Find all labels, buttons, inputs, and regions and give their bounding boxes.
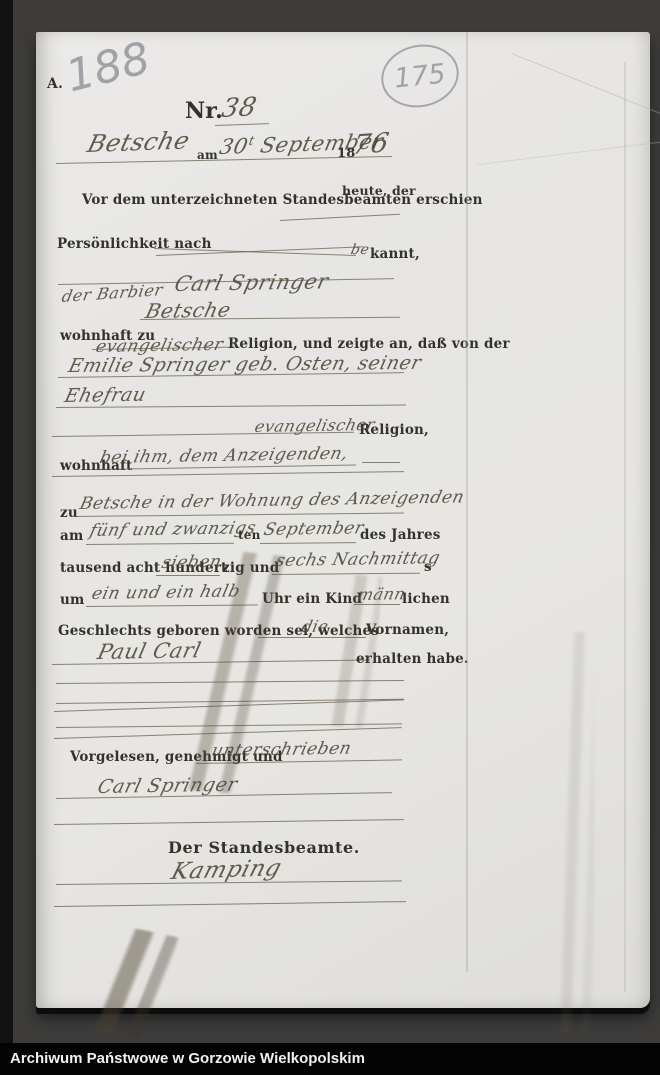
ruled-line — [54, 819, 404, 825]
archive-footer-bar: Archiwum Państwowe w Gorzowie Wielkopols… — [0, 1043, 660, 1075]
pencil-archival-number: 188 — [61, 33, 155, 103]
be-handwritten: be — [349, 242, 371, 258]
ten-label: ten — [238, 528, 261, 542]
year-unit-handwritten: sechs Nachmittag — [274, 548, 442, 571]
religion1-label: Religion, und zeigte an, daß von der — [228, 336, 510, 352]
gender-handwritten: männ — [356, 584, 408, 604]
ruled-line — [156, 575, 220, 576]
document-page: A. 188 175 Nr. 38 Betsche am 30t Septemb… — [36, 32, 650, 1008]
record-number-value: 38 — [219, 92, 259, 124]
ruled-line — [260, 542, 356, 544]
ruled-line — [354, 604, 400, 605]
ruled-line — [258, 637, 366, 638]
ruled-line — [86, 543, 234, 545]
lichen-label: lichen — [402, 591, 450, 607]
ruled-line — [56, 680, 404, 684]
scan-viewport: A. 188 175 Nr. 38 Betsche am 30t Septemb… — [0, 0, 660, 1075]
die-handwritten: die — [300, 617, 331, 636]
um-label: um — [60, 592, 85, 608]
ruled-line — [74, 513, 404, 517]
paper-crease — [624, 62, 626, 992]
ruled-line — [280, 214, 400, 221]
ruled-line — [54, 901, 406, 907]
strike-line — [154, 248, 356, 256]
ruled-line — [272, 573, 420, 575]
strike-line — [54, 727, 402, 739]
vornamen-label: Vornamen, — [366, 622, 449, 638]
paper-stain — [554, 632, 594, 1032]
time-handwritten: ein und ein halb — [90, 581, 243, 604]
mother-relation-handwritten: Ehefrau — [62, 384, 148, 407]
pencil-circle: 175 — [375, 38, 464, 115]
ruled-line — [362, 462, 400, 463]
decade-handwritten: sieben — [160, 552, 224, 573]
date-day: 30 — [217, 134, 250, 159]
am2-label: am — [60, 528, 83, 544]
birth-month-handwritten: September — [262, 518, 366, 540]
unterschrieben-handwritten: unterschrieben — [210, 739, 354, 761]
pencil-circled-number: 175 — [393, 58, 448, 94]
paper-crease — [466, 32, 468, 972]
ink-smudge — [95, 925, 178, 1044]
birthplace-handwritten: Betsche in der Wohnung des Anzeigenden — [78, 487, 467, 514]
paper-fold — [477, 140, 660, 165]
intro-printed: Vor dem unterzeichneten Standesbeamten e… — [82, 192, 483, 208]
erhalten-label: erhalten habe. — [356, 651, 469, 667]
ruled-line — [86, 604, 258, 607]
zig-und-label: zig und — [222, 560, 279, 576]
zu-label: zu — [60, 505, 78, 521]
birth-day-handwritten: fünf und zwanzigs — [88, 518, 259, 541]
archive-name: Archiwum Państwowe w Gorzowie Wielkopols… — [0, 1043, 660, 1075]
record-number-label: Nr. — [185, 98, 223, 124]
child-name-handwritten: Paul Carl — [95, 638, 203, 664]
ruled-line — [56, 723, 402, 728]
kannt-label: kannt, — [370, 246, 420, 262]
uhr-kind-label: Uhr ein Kind — [262, 591, 362, 607]
form-letter-a: A. — [47, 76, 63, 92]
religion2-label: Religion, — [359, 422, 429, 438]
place-handwritten: Betsche — [84, 127, 192, 158]
scanner-background-strip — [0, 0, 13, 1075]
s-label: s — [424, 559, 432, 575]
registrar-heading: Der Standesbeamte. — [168, 838, 360, 857]
intro-tail-printed: heute, der — [342, 183, 416, 198]
paper-fold — [512, 53, 660, 121]
registrar-signature: Kamping — [168, 855, 285, 885]
des-jahres-label: des Jahres — [360, 527, 441, 543]
declarant-name-handwritten: Carl Springer — [172, 269, 331, 296]
